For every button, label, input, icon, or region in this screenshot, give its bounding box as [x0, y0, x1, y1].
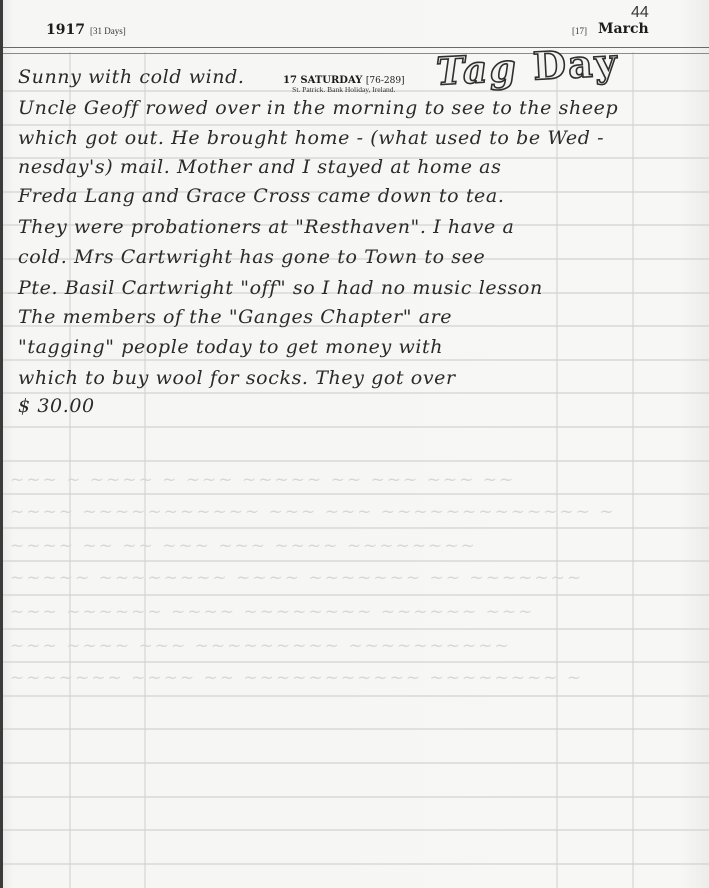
entry-line: which to buy wool for socks. They got ov…: [18, 367, 456, 389]
day-heading: 17 SATURDAY [76-289] St. Patrick. Bank H…: [283, 75, 405, 94]
tag-word: Tag: [435, 45, 519, 94]
header-year: 1917: [46, 22, 85, 38]
entry-line: nesday's) mail. Mother and I stayed at h…: [18, 156, 501, 178]
entry-line: which got out. He brought home - (what u…: [18, 127, 604, 149]
entry-line: $ 30.00: [18, 395, 95, 417]
header-days-in-month: [31 Days]: [90, 26, 126, 36]
entry-line: They were probationers at "Resthaven". I…: [18, 216, 514, 238]
entry-line: Pte. Basil Cartwright "off" so I had no …: [18, 277, 543, 299]
header-month: March: [598, 21, 649, 37]
diary-page: 1917 [31 Days] 44 [17] March 17 SATURDAY…: [0, 0, 709, 888]
entry-line: cold. Mrs Cartwright has gone to Town to…: [18, 246, 485, 268]
header-day-of-month: [17]: [572, 26, 587, 36]
tag-day-annotation: Tag Day: [435, 39, 620, 94]
page-number: 44: [631, 4, 649, 22]
day-note: St. Patrick. Bank Holiday, Ireland.: [283, 85, 405, 94]
entry-line: Sunny with cold wind.: [18, 66, 245, 88]
entry-line: Uncle Geoff rowed over in the morning to…: [18, 97, 618, 119]
entry-line: Freda Lang and Grace Cross came down to …: [18, 185, 504, 207]
entry-line: The members of the "Ganges Chapter" are: [18, 306, 452, 328]
day-word: Day: [532, 39, 620, 88]
entry-line: "tagging" people today to get money with: [18, 336, 443, 358]
